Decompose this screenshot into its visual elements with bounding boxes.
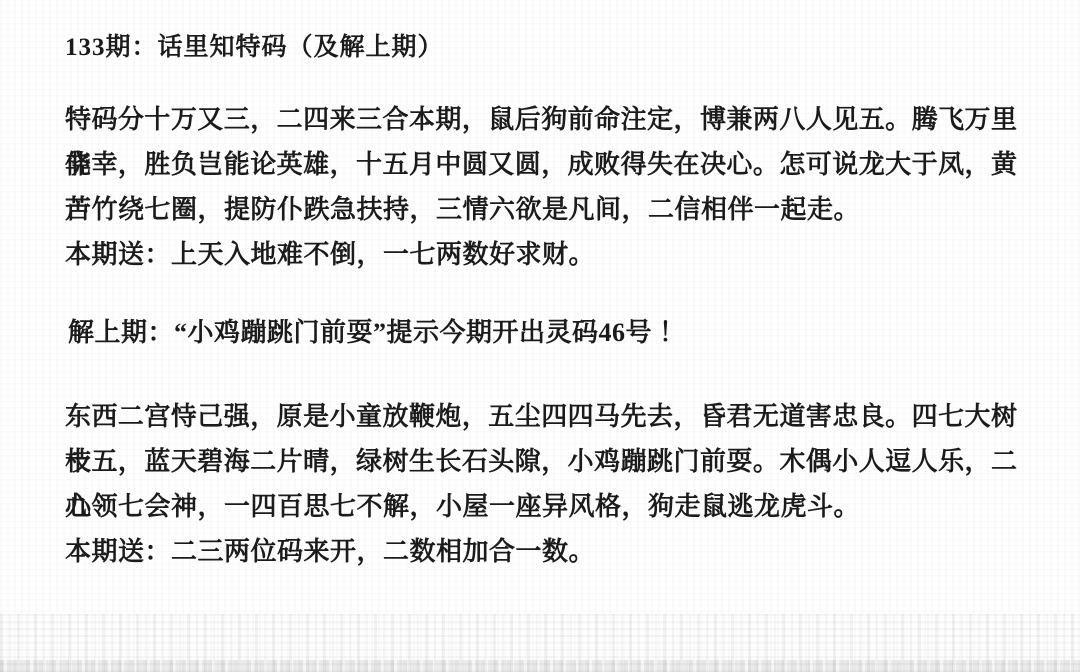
text-line: 本期送：二三两位码来开，二数相加合一数。 [65, 529, 1017, 574]
riddle-paragraph-second: 东西二宫恃己强，原是小童放鞭炮，五尘四四马先去，昏君无道害忠良。四七大树枝 十五… [65, 394, 1017, 574]
text-line: 本期送：上天入地难不倒，一七两数好求财。 [65, 232, 1017, 277]
text-line: 东西二宫恃己强，原是小童放鞭炮，五尘四四马先去，昏君无道害忠良。四七大树枝 [65, 394, 1017, 439]
text-line: 心领七会神，一四百思七不解，小屋一座异风格，狗走鼠逃龙虎斗。 [65, 484, 1017, 529]
scan-noise-artifact [0, 614, 1080, 672]
riddle-paragraph-current: 特码分十万又三，二四来三合本期，鼠后狗前命注定，博兼两八人见五。腾飞万里非 侥幸… [65, 97, 1017, 277]
scanned-document-page: 133期：话里知特码（及解上期） 特码分十万又三，二四来三合本期，鼠后狗前命注定… [0, 0, 1080, 672]
previous-issue-solution: 解上期：“小鸡蹦跳门前耍”提示今期开出灵码46号 ！ [68, 312, 1020, 354]
page-title: 133期：话里知特码（及解上期） [65, 32, 444, 64]
text-line: 侥幸，胜负岂能论英雄，十五月中圆又圆，成败得失在决心。怎可说龙大于凤，黄芦 [65, 142, 1017, 187]
text-line: 十五，蓝天碧海二片晴，绿树生长石头隙，小鸡蹦跳门前耍。木偶小人逗人乐，二九 [65, 439, 1017, 484]
text-line: 解上期：“小鸡蹦跳门前耍”提示今期开出灵码46号 ！ [68, 312, 1020, 354]
text-line: 苦竹绕七圈，提防仆跌急扶持，三情六欲是凡间，二信相伴一起走。 [65, 187, 1017, 232]
text-line: 特码分十万又三，二四来三合本期，鼠后狗前命注定，博兼两八人见五。腾飞万里非 [65, 97, 1017, 142]
